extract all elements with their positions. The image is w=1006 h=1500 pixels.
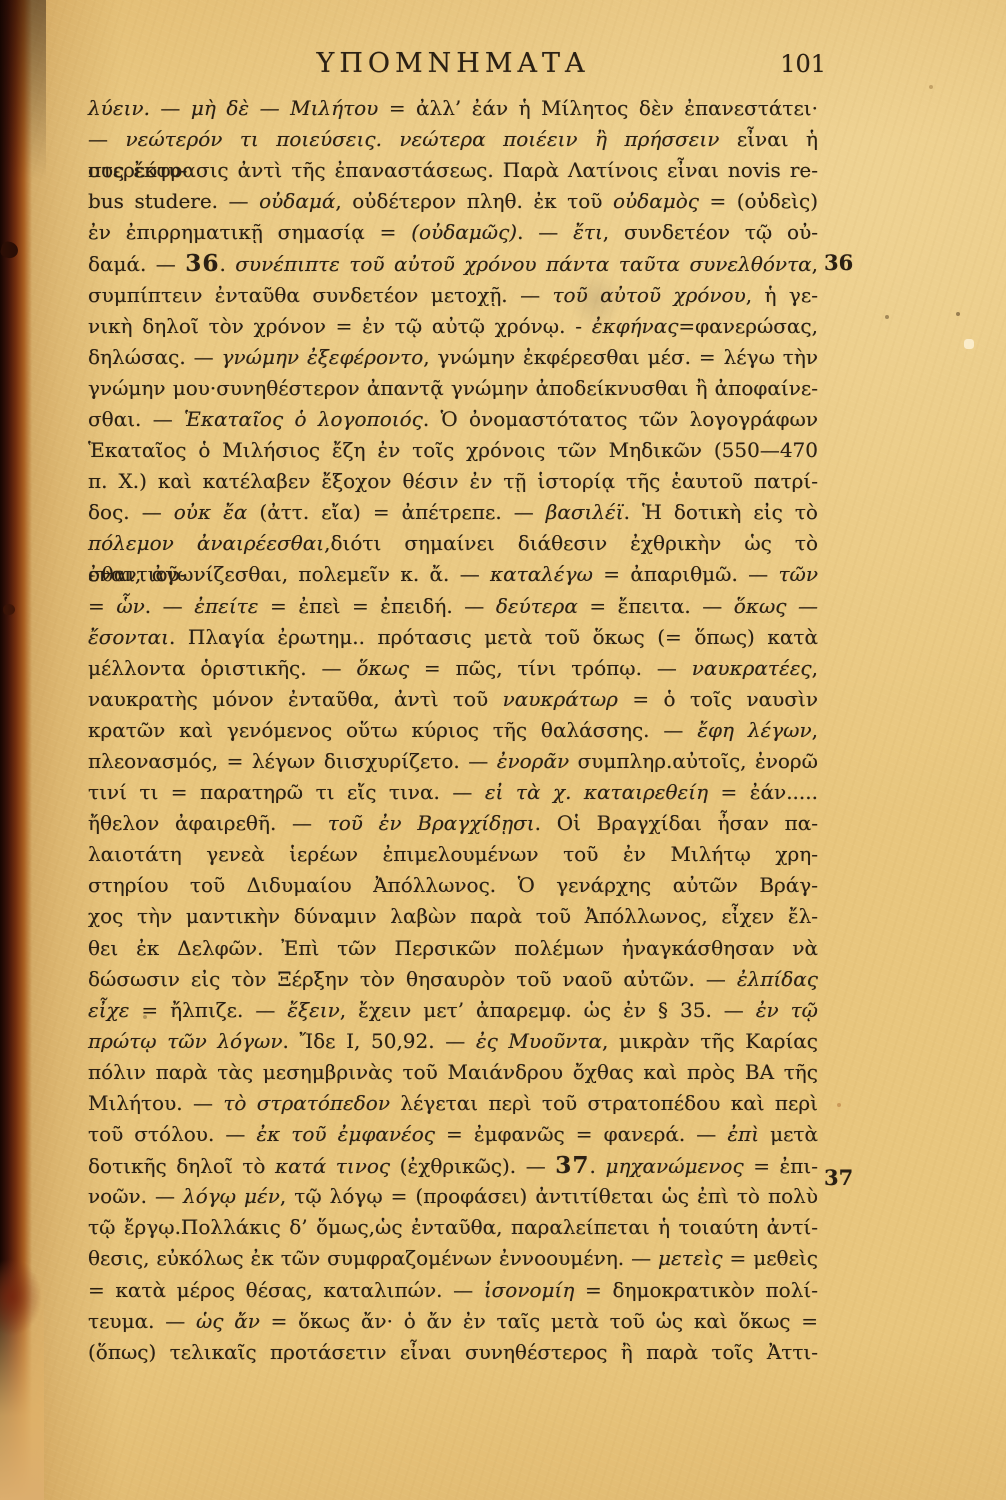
text-segment: ,	[812, 656, 818, 680]
text-segment: πος ἔκφρασις ἀντὶ τῆς ἐπαναστάσεως. Παρὰ…	[88, 158, 818, 182]
text-segment: Μιλήτου. —	[88, 1091, 223, 1115]
text-segment: πρώτῳ τῶν λόγων	[88, 1029, 283, 1053]
text-segment: ὧν	[116, 594, 144, 618]
text-segment: .	[220, 252, 236, 276]
page-header: ΥΠΟΜΝΗΜΑΤΑ 101	[88, 48, 818, 88]
text-segment: ἔφη λέγων	[697, 718, 811, 742]
text-segment: .	[590, 1154, 606, 1178]
text-segment: δος. —	[88, 500, 174, 524]
text-segment: συμπληρ.αὐτοῖς, ἐνορῶ	[569, 749, 818, 773]
text-segment: = ἤλπιζε. —	[129, 998, 287, 1022]
text-line: πόλεμον ἀναιρέεσθαι,διότι σημαίνει διάθε…	[88, 528, 818, 559]
text-segment: θεσις, εὐκόλως ἐκ τῶν συμφραζομένων ἐννο…	[88, 1246, 658, 1270]
text-line: πρώτῳ τῶν λόγων. Ἴδε Ι, 50,92. — ἐς Μυοῦ…	[88, 1026, 818, 1057]
text-segment: πόλιν παρὰ τὰς μεσημβρινὰς τοῦ Μαιάνδρου…	[88, 1060, 818, 1084]
text-segment: , οὐδέτερον πληθ. ἐκ τοῦ	[335, 189, 613, 213]
text-segment: = ἐάν.....	[708, 780, 818, 804]
running-title: ΥΠΟΜΝΗΜΑΤΑ	[88, 48, 818, 79]
text-segment: ἔξειν	[287, 998, 339, 1022]
text-segment: σθαι, ἀγωνίζεσθαι, πολεμεῖν κ. ἄ. —	[88, 562, 490, 586]
text-segment: ἐνορᾶν	[497, 749, 569, 773]
text-line: θει ἐκ Δελφῶν. Ἐπὶ τῶν Περσικῶν πολέμων …	[88, 933, 818, 964]
text-segment: στηρίου τοῦ Διδυμαίου Ἀπόλλωνος. Ὁ γενάρ…	[88, 873, 818, 897]
text-segment: ἐς Μυοῦντα	[476, 1029, 602, 1053]
text-line: σθαι, ἀγωνίζεσθαι, πολεμεῖν κ. ἄ. — κατα…	[88, 559, 818, 590]
text-segment: 37	[555, 1152, 589, 1179]
text-segment: λέγεται περὶ τοῦ στρατοπέδου καὶ περὶ	[390, 1091, 818, 1115]
text-segment: (οὐδαμῶς)	[411, 220, 517, 244]
text-line: γνώμην μου·συνηθέστερον ἀπαντᾷ γνώμην ἀπ…	[88, 373, 818, 404]
text-segment: μὴ δὲ — Μιλήτου	[191, 96, 378, 120]
text-segment: δεύτερα	[496, 594, 578, 618]
text-segment: . —	[517, 220, 573, 244]
text-block: λύειν. — μὴ δὲ — Μιλήτου = ἀλλ’ ἐάν ἡ Μί…	[88, 93, 818, 1368]
text-segment: κατά τινος	[275, 1154, 390, 1178]
text-segment: γνώμην μου·συνηθέστερον ἀπαντᾷ γνώμην ἀπ…	[88, 376, 818, 400]
text-segment: ναυκρατὴς μόνον ἐνταῦθα, ἀντὶ τοῦ	[88, 687, 503, 711]
text-segment: = ὁ τοῖς ναυσὶν	[618, 687, 818, 711]
text-segment: = (οὐδεὶς)	[699, 189, 818, 213]
text-segment: ,	[812, 252, 818, 276]
text-segment: τοῦ στόλου. —	[88, 1122, 256, 1146]
text-segment: ἐκ τοῦ ἐμφανέος	[256, 1122, 435, 1146]
text-segment: ἔσονται	[88, 625, 169, 649]
text-segment: δοτικῆς δηλοῖ τὸ	[88, 1154, 275, 1178]
text-line: κρατῶν καὶ γενόμενος οὕτω κύριος τῆς θαλ…	[88, 715, 818, 746]
text-segment: , συνδετέον τῷ οὐ-	[603, 220, 818, 244]
text-line: στηρίου τοῦ Διδυμαίου Ἀπόλλωνος. Ὁ γενάρ…	[88, 870, 818, 901]
text-segment: μετεὶς	[658, 1246, 723, 1270]
text-line: συμπίπτειν ἐνταῦθα συνδετέον μετοχῇ. — τ…	[88, 280, 818, 311]
text-line: (ὅπως) τελικαῖς προτάσετιν εἶναι συνηθέσ…	[88, 1337, 818, 1368]
text-line: ἔσονται. Πλαγία ἐρωτημ.. πρότασις μετὰ τ…	[88, 622, 818, 653]
text-line: πος ἔκφρασις ἀντὶ τῆς ἐπαναστάσεως. Παρὰ…	[88, 155, 818, 186]
paper-speckles	[0, 0, 2, 2]
text-segment: = πῶς, τίνι τρόπῳ. —	[409, 656, 692, 680]
text-segment: , μικρὰν τῆς Καρίας	[602, 1029, 818, 1053]
text-segment: . Ἡ δοτικὴ εἰς τὸ	[624, 500, 818, 524]
text-segment: (ἀττ. εἴα) = ἀπέτρεπε. —	[247, 500, 545, 524]
text-segment: = ἐπι-	[744, 1154, 818, 1178]
text-segment: βασιλέϊ	[546, 500, 624, 524]
margin-section-number-37: 37	[824, 1165, 853, 1190]
text-line: ἐν ἐπιρρηματικῇ σημασίᾳ = (οὐδαμῶς). — ἔ…	[88, 217, 818, 248]
text-segment: ἔτι	[573, 220, 603, 244]
text-segment: οὐκ ἔα	[174, 500, 248, 524]
text-segment: =	[88, 594, 116, 618]
text-line: πλεονασμός, = λέγων διισχυρίζετο. — ἐνορ…	[88, 746, 818, 777]
text-segment: ἐν τῷ	[756, 998, 818, 1022]
text-segment: χος τὴν μαντικὴν δύναμιν λαβὼν παρὰ τοῦ …	[88, 904, 818, 928]
text-segment: μετὰ	[759, 1122, 818, 1146]
text-segment: ἐλπίδας	[737, 967, 818, 991]
text-segment: . Ὁ ὀνομαστότατος τῶν λογογράφων	[423, 407, 818, 431]
text-segment: νικὴ δηλοῖ τὸν χρόνον = ἐν τῷ αὐτῷ χρόνῳ…	[88, 314, 592, 338]
text-segment: Ἑκαταῖος ὁ Μιλήσιος ἔζη ἐν τοῖς χρόνοις …	[88, 438, 818, 462]
text-segment: —	[88, 127, 125, 151]
text-line: σθαι. — Ἑκαταῖος ὁ λογοποιός. Ὁ ὀνομαστό…	[88, 404, 818, 435]
text-segment: ἰσονομίη	[484, 1278, 575, 1302]
text-segment: σθαι. —	[88, 407, 184, 431]
text-line: τινί τι = παρατηρῶ τι εἴς τινα. — εἰ τὰ …	[88, 777, 818, 808]
text-line: = κατὰ μέρος θέσας, καταλιπών. — ἰσονομί…	[88, 1275, 818, 1306]
text-line: πόλιν παρὰ τὰς μεσημβρινὰς τοῦ Μαιάνδρου…	[88, 1057, 818, 1088]
text-segment: , γνώμην ἐκφέρεσθαι μέσ. = λέγω τὴν	[423, 345, 818, 369]
text-segment: δηλώσας. —	[88, 345, 222, 369]
text-line: Ἑκαταῖος ὁ Μιλήσιος ἔζη ἐν τοῖς χρόνοις …	[88, 435, 818, 466]
text-segment: = ἀπαριθμῶ. —	[593, 562, 779, 586]
text-segment: , ἔχειν μετ’ ἀπαρεμφ. ὡς ἐν § 35. —	[340, 998, 756, 1022]
text-segment: . —	[145, 594, 194, 618]
text-segment: νεώτερόν τι ποιεύσεις. νεώτερα ποιέειν ἢ…	[125, 127, 719, 151]
text-line: λύειν. — μὴ δὲ — Μιλήτου = ἀλλ’ ἐάν ἡ Μί…	[88, 93, 818, 124]
text-segment: ἐν ἐπιρρηματικῇ σημασίᾳ =	[88, 220, 411, 244]
text-segment: οὐδαμὸς	[613, 189, 699, 213]
text-segment: bus studere. —	[88, 189, 259, 213]
text-segment: = ἔπειτα. —	[578, 594, 734, 618]
text-segment: , τῷ λόγῳ = (προφάσει) ἀντιτίθεται ὡς ἐπ…	[280, 1184, 818, 1208]
text-segment: γνώμην ἐξεφέροντο	[222, 345, 424, 369]
text-segment: εἶχε	[88, 998, 129, 1022]
text-segment: δώσωσιν εἰς τὸν Ξέρξην τὸν θησαυρὸν τοῦ …	[88, 967, 737, 991]
text-segment: ἐπὶ	[727, 1122, 759, 1146]
text-line: bus studere. — οὐδαμά, οὐδέτερον πληθ. ἐ…	[88, 186, 818, 217]
text-segment: τῶν	[778, 562, 818, 586]
text-line: νοῶν. — λόγῳ μέν, τῷ λόγῳ = (προφάσει) ἀ…	[88, 1181, 818, 1212]
ink-blotch-stain	[0, 1258, 42, 1336]
text-segment: ναυκράτωρ	[503, 687, 618, 711]
text-line: νικὴ δηλοῖ τὸν χρόνον = ἐν τῷ αὐτῷ χρόνῳ…	[88, 311, 818, 342]
text-segment: ,	[812, 718, 818, 742]
text-segment: τοῦ αὐτοῦ χρόνου	[552, 283, 745, 307]
text-segment: θει ἐκ Δελφῶν. Ἐπὶ τῶν Περσικῶν πολέμων …	[88, 936, 818, 960]
text-line: ἤθελον ἀφαιρεθῆ. — τοῦ ἐν Βραγχίδῃσι. Οἱ…	[88, 808, 818, 839]
text-line: π. Χ.) καὶ κατέλαβεν ἔξοχον θέσιν ἐν τῇ …	[88, 466, 818, 497]
text-segment: 36	[185, 250, 219, 277]
text-segment: εἰ τὰ χ. καταιρεθείη	[485, 780, 708, 804]
text-line: τοῦ στόλου. — ἐκ τοῦ ἐμφανέος = ἐμφανῶς …	[88, 1119, 818, 1150]
text-segment: . Οἱ Βραγχίδαι ἦσαν πα-	[535, 811, 818, 835]
text-segment: τευμα. —	[88, 1309, 196, 1333]
text-segment: μηχανώμενος	[605, 1154, 743, 1178]
text-segment: τινί τι = παρατηρῶ τι εἴς τινα. —	[88, 780, 485, 804]
text-segment: ἐπείτε	[194, 594, 258, 618]
book-page-scan: ΥΠΟΜΝΗΜΑΤΑ 101 λύειν. — μὴ δὲ — Μιλήτου …	[0, 0, 1006, 1500]
text-line: τευμα. — ὡς ἄν = ὅκως ἄν· ὁ ἄν ἐν ταῖς μ…	[88, 1306, 818, 1337]
text-segment: ὡς ἄν	[196, 1309, 260, 1333]
text-segment: ὅκως —	[734, 594, 818, 618]
text-segment: κρατῶν καὶ γενόμενος οὕτω κύριος τῆς θαλ…	[88, 718, 697, 742]
text-line: = ὧν. — ἐπείτε = ἐπεὶ = ἐπειδή. — δεύτερ…	[88, 591, 818, 622]
text-line: χος τὴν μαντικὴν δύναμιν λαβὼν παρὰ τοῦ …	[88, 901, 818, 932]
text-segment: = ὅκως ἄν· ὁ ἄν ἐν ταῖς μετὰ τοῦ ὡς καὶ …	[260, 1309, 818, 1333]
text-line: Μιλήτου. — τὸ στρατόπεδον λέγεται περὶ τ…	[88, 1088, 818, 1119]
text-segment: συμπίπτειν ἐνταῦθα συνδετέον μετοχῇ. —	[88, 283, 552, 307]
text-segment: = μεθεὶς	[723, 1246, 818, 1270]
text-segment: ἤθελον ἀφαιρεθῆ. —	[88, 811, 328, 835]
text-segment: = δημοκρατικὸν πολί-	[574, 1278, 818, 1302]
text-segment: = ἐπεὶ = ἐπειδή. —	[258, 594, 495, 618]
text-segment: λόγῳ μέν	[183, 1184, 280, 1208]
text-segment: λύειν.	[88, 96, 150, 120]
text-segment: ὅκως	[356, 656, 409, 680]
text-segment: , ἡ γε-	[746, 283, 818, 307]
text-line: δώσωσιν εἰς τὸν Ξέρξην τὸν θησαυρὸν τοῦ …	[88, 964, 818, 995]
text-segment: ναυκρατέες	[692, 656, 812, 680]
text-line: — νεώτερόν τι ποιεύσεις. νεώτερα ποιέειν…	[88, 124, 818, 155]
text-line: τῷ ἔργῳ.Πολλάκις δ’ ὅμως,ὡς ἐνταῦθα, παρ…	[88, 1212, 818, 1243]
text-segment: πλεονασμός, = λέγων διισχυρίζετο. —	[88, 749, 497, 773]
text-segment: = ἐμφανῶς = φανερά. —	[435, 1122, 727, 1146]
margin-section-number-36: 36	[824, 250, 853, 275]
text-segment: νοῶν. —	[88, 1184, 183, 1208]
text-line: μέλλοντα ὁριστικῆς. — ὅκως = πῶς, τίνι τ…	[88, 653, 818, 684]
text-segment: καταλέγω	[490, 562, 593, 586]
page-number: 101	[780, 50, 826, 78]
text-segment: π. Χ.) καὶ κατέλαβεν ἔξοχον θέσιν ἐν τῇ …	[88, 469, 818, 493]
text-segment: οὐδαμά	[259, 189, 335, 213]
text-line: εἶχε = ἤλπιζε. — ἔξειν, ἔχειν μετ’ ἀπαρε…	[88, 995, 818, 1026]
text-segment: λαιοτάτη γενεὰ ἱερέων ἐπιμελουμένων τοῦ …	[88, 842, 818, 866]
text-segment: πόλεμον ἀναιρέεσθαι	[88, 531, 324, 555]
text-segment: —	[150, 96, 191, 120]
text-segment: =φανερώσας,	[678, 314, 818, 338]
text-segment: τὸ στρατόπεδον	[223, 1091, 390, 1115]
text-segment: συνέπιπτε τοῦ αὐτοῦ χρόνου πάντα ταῦτα σ…	[235, 252, 811, 276]
text-segment: = ἀλλ’ ἐάν ἡ Μίλητος δὲν ἐπανεστάτει·	[378, 96, 818, 120]
text-segment: (ὅπως) τελικαῖς προτάσετιν εἶναι συνηθέσ…	[88, 1340, 818, 1364]
text-segment: τῷ ἔργῳ.Πολλάκις δ’ ὅμως,ὡς ἐνταῦθα, παρ…	[88, 1215, 818, 1239]
text-segment: . Ἴδε Ι, 50,92. —	[283, 1029, 476, 1053]
text-line: λαιοτάτη γενεὰ ἱερέων ἐπιμελουμένων τοῦ …	[88, 839, 818, 870]
binding-top-shadow	[0, 0, 46, 180]
text-segment: δαμά. —	[88, 252, 185, 276]
text-segment: . Πλαγία ἐρωτημ.. πρότασις μετὰ τοῦ ὅκως…	[169, 625, 818, 649]
text-line: δαμά. — 36. συνέπιπτε τοῦ αὐτοῦ χρόνου π…	[88, 248, 818, 279]
text-segment: = κατὰ μέρος θέσας, καταλιπών. —	[88, 1278, 484, 1302]
text-line: θεσις, εὐκόλως ἐκ τῶν συμφραζομένων ἐννο…	[88, 1243, 818, 1274]
text-segment: Ἑκαταῖος ὁ λογοποιός	[184, 407, 423, 431]
text-line: ναυκρατὴς μόνον ἐνταῦθα, ἀντὶ τοῦ ναυκρά…	[88, 684, 818, 715]
text-segment: ἐκφήνας	[592, 314, 679, 338]
text-line: δος. — οὐκ ἔα (ἀττ. εἴα) = ἀπέτρεπε. — β…	[88, 497, 818, 528]
text-segment: τοῦ ἐν Βραγχίδῃσι	[328, 811, 535, 835]
text-line: δηλώσας. — γνώμην ἐξεφέροντο, γνώμην ἐκφ…	[88, 342, 818, 373]
text-segment: (ἐχθρικῶς). —	[390, 1154, 555, 1178]
text-line: δοτικῆς δηλοῖ τὸ κατά τινος (ἐχθρικῶς). …	[88, 1150, 818, 1181]
text-segment: μέλλοντα ὁριστικῆς. —	[88, 656, 356, 680]
